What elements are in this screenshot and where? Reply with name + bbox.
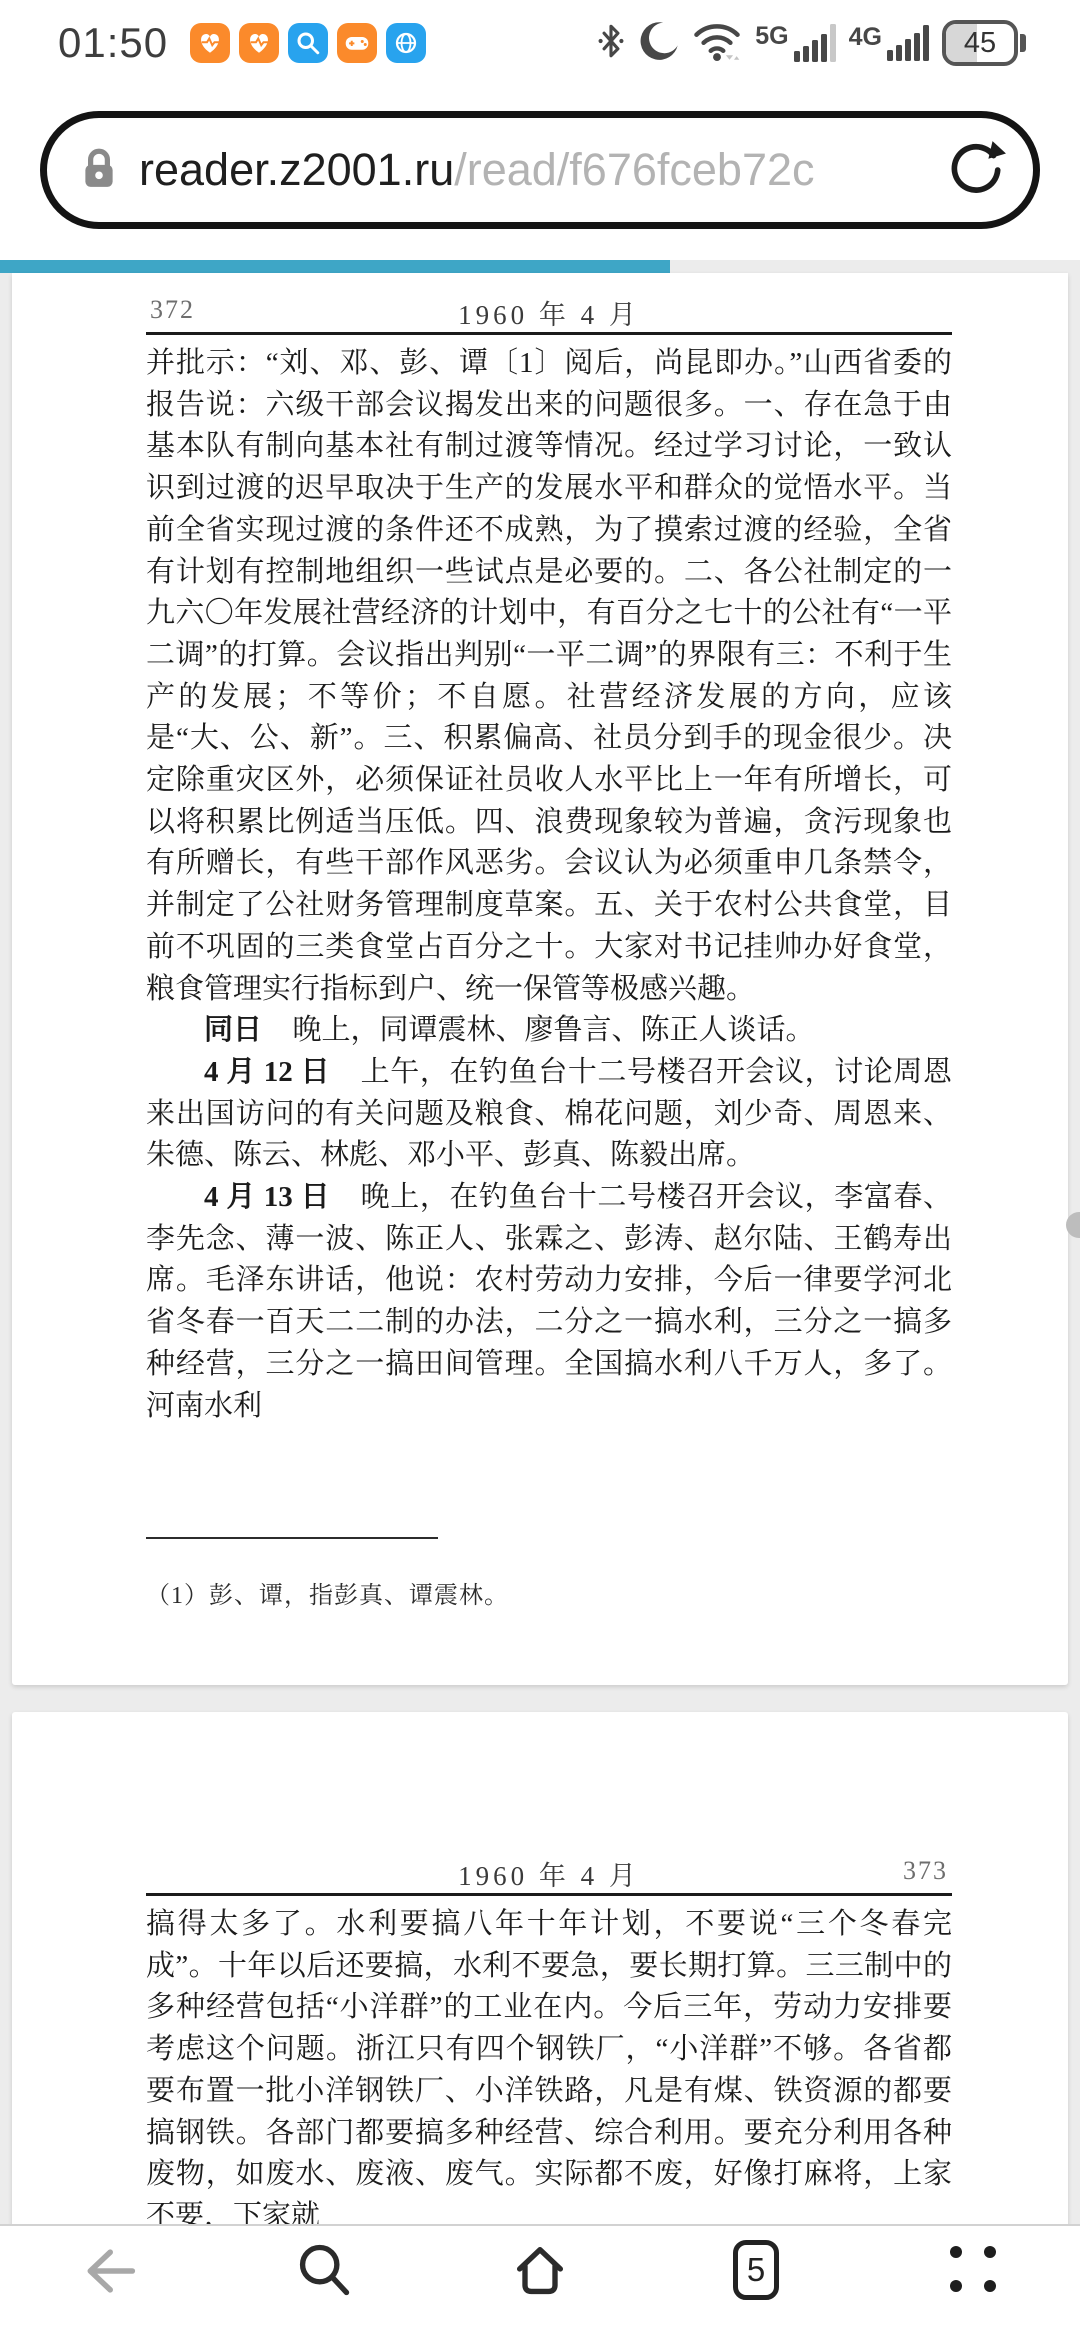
menu-button[interactable] [864,2240,1080,2294]
home-button[interactable] [432,2240,648,2300]
refresh-button[interactable] [945,137,1007,204]
notification-icons [190,23,426,63]
signal-4g-icon: 4G [849,25,929,61]
tab-count-label: 5 [747,2251,765,2289]
lock-icon[interactable] [81,146,117,195]
page-load-progress [0,260,670,273]
page-number: 373 [903,1856,948,1886]
page-header: 372 1960 年 4 月 [146,293,952,329]
header-rule [146,1893,952,1896]
browser-nav-bar: 5 [0,2224,1080,2340]
header-date: 1960 年 4 月 [146,293,952,332]
home-icon [510,2240,570,2300]
header-rule [146,332,952,335]
paragraph-date-label: 4 月 13 日 [204,1181,330,1213]
header-date: 1960 年 4 月 [146,1854,952,1893]
dnd-moon-icon [637,20,679,67]
status-bar: 01:50 5G [0,0,1080,80]
book-paragraph: 4 月 12 日上午，在钓鱼台十二号楼召开会议，讨论周恩来出国访问的有关问题及粮… [146,1052,952,1177]
paragraph-date-label: 4 月 12 日 [204,1056,330,1088]
game-app-icon [337,23,377,63]
url-domain: reader.z2001.ru [139,144,454,195]
book-text: 并批示：“刘、邓、彭、谭〔1〕阅后，尚昆即办。”山西省委的报告说：六级干部会议揭… [146,343,952,1427]
search-button[interactable] [216,2240,432,2300]
browser-app-icon [386,23,426,63]
footnote-text: （1）彭、谭，指彭真、谭震林。 [146,1575,952,1610]
clock-label: 01:50 [58,19,168,67]
bluetooth-icon [598,19,624,68]
tabs-icon: 5 [733,2240,779,2300]
page-header: 373 1960 年 4 月 [146,1854,952,1890]
wifi-icon [692,19,742,68]
battery-indicator: 45 [942,20,1026,66]
heart-pulse-app-icon [190,23,230,63]
back-arrow-icon [90,2252,132,2290]
url-path: /read/f676fceb72c [454,144,814,195]
signal-4g-label: 4G [849,25,882,50]
book-text: 搞得太多了。水利要搞八年十年计划，不要说“三个冬春完 成”。十年以后还要搞，水利… [146,1904,952,2224]
menu-dots-icon [945,2240,999,2294]
book-paragraph: 4 月 13 日晚上，在钓鱼台十二号楼召开会议，李富春、李先念、薄一波、陈正人、… [146,1177,952,1427]
book-page-372: 372 1960 年 4 月 并批示：“刘、邓、彭、谭〔1〕阅后，尚昆即办。”山… [12,273,1068,1685]
book-paragraph: 同日晚上，同谭震林、廖鲁言、陈正人谈话。 [146,1010,952,1052]
signal-5g-icon: 5G [755,24,835,62]
tabs-button[interactable]: 5 [648,2240,864,2300]
battery-percent-label: 45 [964,27,996,60]
heart-pulse-app-icon [239,23,279,63]
book-page-373: 373 1960 年 4 月 搞得太多了。水利要搞八年十年计划，不要说“三个冬春… [12,1712,1068,2224]
page-number: 372 [150,295,195,325]
url-bar[interactable]: reader.z2001.ru/read/f676fceb72c [40,111,1040,229]
search-app-icon [288,23,328,63]
page-content-area[interactable]: 372 1960 年 4 月 并批示：“刘、邓、彭、谭〔1〕阅后，尚昆即办。”山… [0,260,1080,2224]
signal-5g-label: 5G [755,24,788,49]
paragraph-date-label: 同日 [204,1014,262,1046]
system-status-icons: 5G 4G 45 [598,19,1026,68]
url-text[interactable]: reader.z2001.ru/read/f676fceb72c [139,144,945,196]
footnote-separator [146,1537,438,1539]
back-button[interactable] [0,2240,216,2302]
scroll-indicator[interactable] [1066,1212,1080,1238]
browser-toolbar: reader.z2001.ru/read/f676fceb72c [0,80,1080,260]
book-paragraph: 搞得太多了。水利要搞八年十年计划，不要说“三个冬春完 成”。十年以后还要搞，水利… [146,1904,952,2224]
book-paragraph: 并批示：“刘、邓、彭、谭〔1〕阅后，尚昆即办。”山西省委的报告说：六级干部会议揭… [146,343,952,1010]
